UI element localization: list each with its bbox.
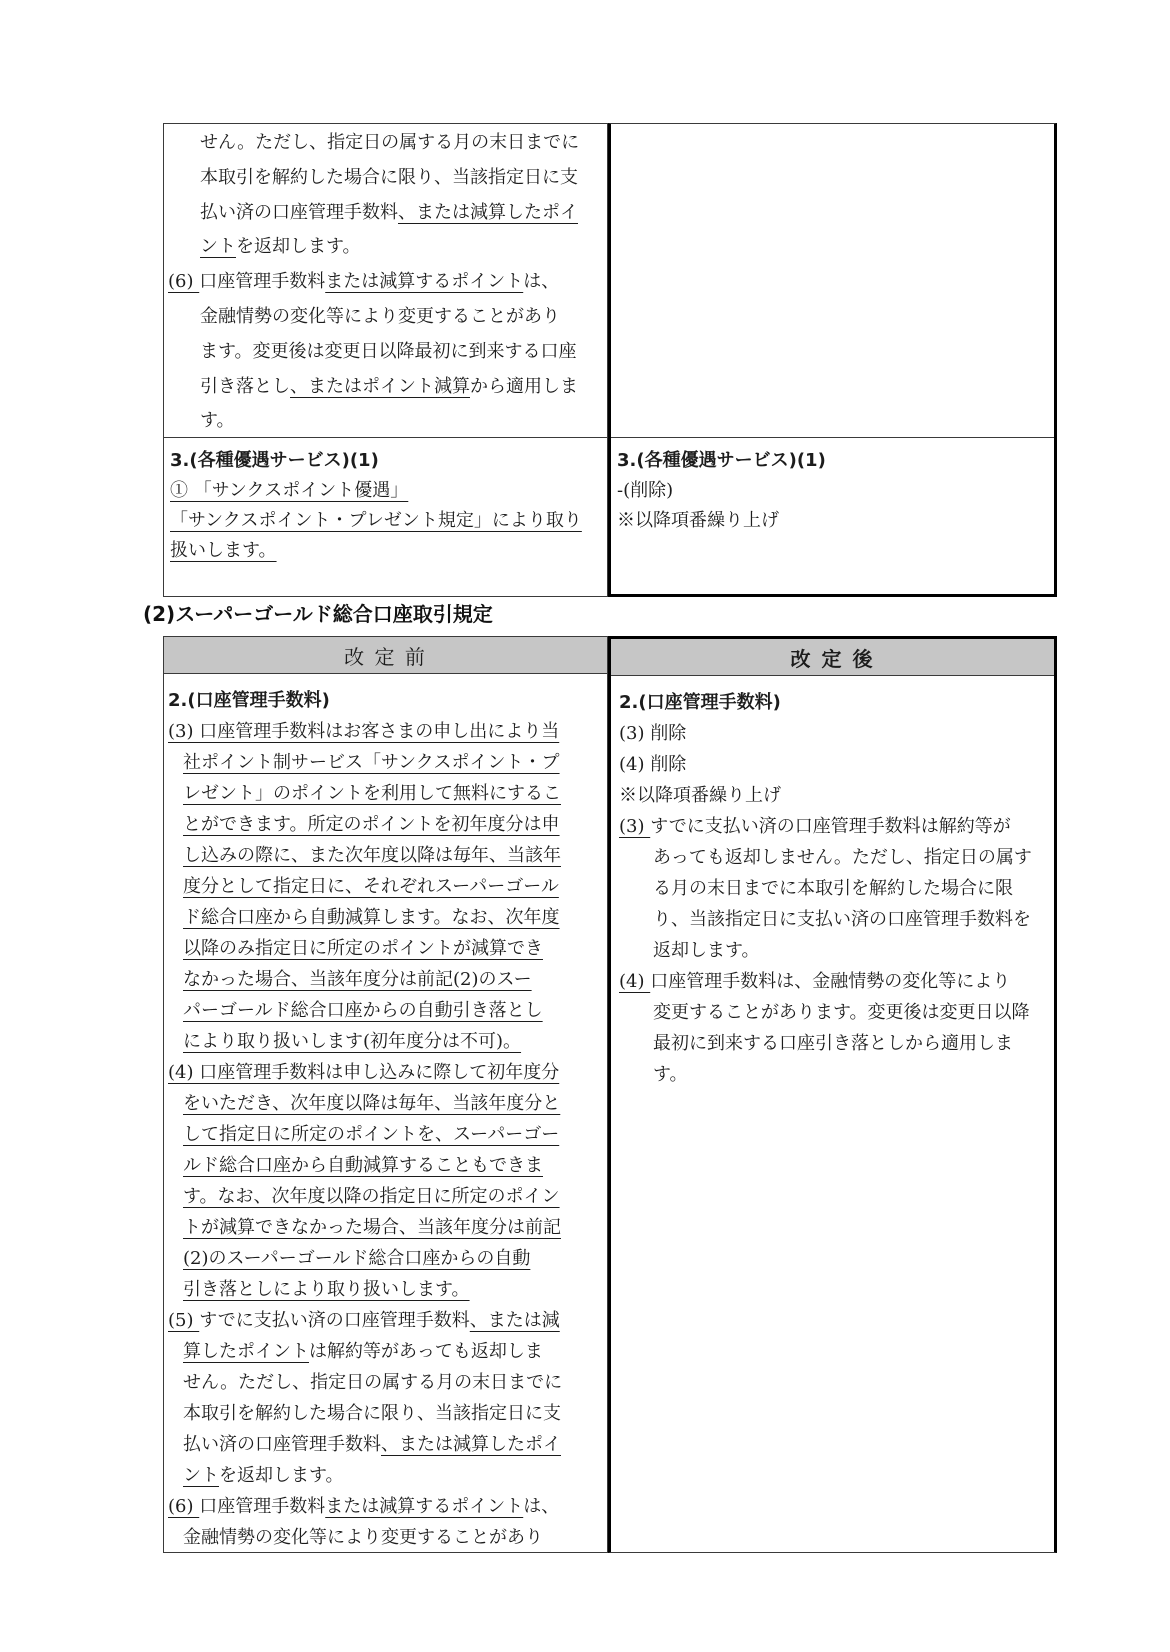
revised-text-segment: ド総合口座から自動減算します。なお、次年度 (183, 907, 560, 928)
text-segment: すでに支払い済の口座管理手数料 (199, 1310, 470, 1331)
text-line: 返却します。 (653, 935, 1048, 966)
text-line: 算したポイントは解約等があっても返却しま (183, 1336, 601, 1367)
table1-row1-after-cell (611, 124, 1054, 438)
table1-row2-after-cell: 3.(各種優遇サービス)(1)-(削除)※以降項番繰り上げ (611, 438, 1054, 536)
text-segment: は、 (523, 1496, 559, 1517)
text-line: (3) すでに支払い済の口座管理手数料は解約等が (619, 811, 1048, 842)
text-line: (2)のスーパーゴールド総合口座からの自動 (183, 1243, 601, 1274)
text-segment: ※以降項番繰り上げ (619, 785, 781, 806)
text-line: す。 (653, 1059, 1048, 1090)
section-heading: (2)スーパーゴールド総合口座取引規定 (143, 597, 493, 631)
revised-text-segment: (2)のスーパーゴールド総合口座からの自動 (183, 1248, 530, 1269)
table2-before-header: 改 定 前 (164, 637, 607, 674)
revised-text-segment: (6) (168, 271, 199, 292)
text-line: ルド総合口座から自動減算することもできま (183, 1150, 601, 1181)
revised-text-segment: す。なお、次年度以降の指定日に所定のポイン (183, 1186, 560, 1207)
revised-text-segment: (5) (168, 1310, 199, 1331)
text-line: 金融情勢の変化等により変更することがあり (200, 300, 603, 335)
text-segment: (4) 削除 (619, 754, 686, 775)
table1-row1-before-cell: せん。ただし、指定日の属する月の末日までに本取引を解約した場合に限り、当該指定日… (164, 124, 607, 438)
revised-text-segment: 社ポイント制サービス「サンクスポイント・プ (183, 752, 560, 773)
text-segment: 返却します。 (653, 940, 760, 961)
text-segment: 口座管理手数料 (199, 1496, 325, 1517)
comparison-table-1: せん。ただし、指定日の属する月の末日までに本取引を解約した場合に限り、当該指定日… (163, 123, 1057, 597)
text-line: 社ポイント制サービス「サンクスポイント・プ (183, 747, 601, 778)
text-segment: 2.(口座管理手数料) (619, 692, 781, 713)
text-line: とができます。所定のポイントを初年度分は申 (183, 809, 601, 840)
revised-text-segment: または減算するポイント (325, 271, 523, 292)
table1-before-column: せん。ただし、指定日の属する月の末日までに本取引を解約した場合に限り、当該指定日… (163, 123, 608, 597)
text-segment: 払い済の口座管理手数料 (200, 202, 398, 223)
text-line: ントを返却します。 (183, 1460, 601, 1491)
clause-heading-line: 3.(各種優遇サービス)(1) (170, 446, 601, 476)
revised-text-segment: 算したポイント (183, 1341, 309, 1362)
text-line: 「サンクスポイント・プレゼント規定」により取り (170, 506, 601, 536)
text-segment: 払い済の口座管理手数料 (183, 1434, 381, 1455)
revised-text-segment: (6) (168, 1496, 199, 1517)
revised-text-segment: ント (200, 236, 236, 257)
text-segment: あっても返却しません。ただし、指定日の属す (653, 847, 1032, 868)
text-line: 本取引を解約した場合に限り、当該指定日に支 (183, 1398, 601, 1429)
revised-text-segment: トが減算できなかった場合、当該年度分は前記 (183, 1217, 561, 1238)
text-segment: 3.(各種優遇サービス)(1) (170, 450, 379, 471)
revised-text-segment: (3) (619, 816, 650, 837)
revised-text-segment: 以降のみ指定日に所定のポイントが減算でき (183, 938, 543, 959)
text-line: 払い済の口座管理手数料、または減算したポイ (200, 196, 603, 231)
text-line: 本取引を解約した場合に限り、当該指定日に支 (200, 161, 603, 196)
text-line: 最初に到来する口座引き落としから適用しま (653, 1028, 1048, 1059)
revised-text-segment: し込みの際に、また次年度以降は毎年、当該年 (183, 845, 561, 866)
table2-after-cell: 2.(口座管理手数料)(3) 削除(4) 削除※以降項番繰り上げ(3) すでに支… (611, 676, 1054, 1090)
text-segment: 3.(各種優遇サービス)(1) (617, 450, 826, 471)
comparison-table-2: 改 定 前 2.(口座管理手数料)(3) 口座管理手数料はお客さまの申し出により… (163, 636, 1057, 1553)
text-segment: 金融情勢の変化等により変更することがあり (200, 306, 560, 327)
text-segment: は、 (523, 271, 559, 292)
revised-text-segment: して指定日に所定のポイントを、スーパーゴー (183, 1124, 559, 1145)
text-line: 引き落としにより取り扱いします。 (183, 1274, 601, 1305)
text-line: (3) 削除 (619, 718, 1048, 749)
text-segment: る月の末日までに本取引を解約した場合に限 (653, 878, 1013, 899)
text-line: 変更することがあります。変更後は変更日以降 (653, 997, 1048, 1028)
text-line: す。 (200, 404, 603, 439)
revised-text-segment: とができます。所定のポイントを初年度分は申 (183, 814, 560, 835)
text-line: 払い済の口座管理手数料、または減算したポイ (183, 1429, 601, 1460)
text-segment: 変更することがあります。変更後は変更日以降 (653, 1002, 1030, 1023)
text-line: をいただき、次年度以降は毎年、当該年度分と (183, 1088, 601, 1119)
text-line: せん。ただし、指定日の属する月の末日までに (200, 126, 603, 161)
text-line: (5) すでに支払い済の口座管理手数料、または減 (168, 1305, 601, 1336)
text-segment: すでに支払い済の口座管理手数料は解約等が (650, 816, 1011, 837)
text-segment: 口座管理手数料は、金融情勢の変化等により (650, 971, 1010, 992)
text-segment: せん。ただし、指定日の属する月の末日までに (183, 1372, 562, 1393)
text-line: る月の末日までに本取引を解約した場合に限 (653, 873, 1048, 904)
text-line: ※以降項番繰り上げ (619, 780, 1048, 811)
text-line: せん。ただし、指定日の属する月の末日までに (183, 1367, 601, 1398)
text-line: なかった場合、当該年度分は前記(2)のスー (183, 964, 601, 995)
text-line: 度分として指定日に、それぞれスーパーゴール (183, 871, 601, 902)
text-line: (4) 削除 (619, 749, 1048, 780)
text-segment: り、当該指定日に支払い済の口座管理手数料を (653, 909, 1031, 930)
text-segment: す。 (653, 1064, 688, 1085)
table2-after-column: 改 定 後 2.(口座管理手数料)(3) 削除(4) 削除※以降項番繰り上げ(3… (608, 636, 1057, 1553)
table1-row2-before-cell: 3.(各種優遇サービス)(1)① 「サンクスポイント優遇」「サンクスポイント・プ… (164, 438, 607, 566)
text-segment: 最初に到来する口座引き落としから適用しま (653, 1033, 1013, 1054)
text-line: して指定日に所定のポイントを、スーパーゴー (183, 1119, 601, 1150)
text-line: (4) 口座管理手数料は申し込みに際して初年度分 (168, 1057, 601, 1088)
text-line: ます。変更後は変更日以降最初に到来する口座 (200, 335, 603, 370)
text-line: 金融情勢の変化等により変更することがあり (183, 1522, 601, 1553)
document-page: せん。ただし、指定日の属する月の末日までに本取引を解約した場合に限り、当該指定日… (0, 0, 1170, 1652)
text-segment: 本取引を解約した場合に限り、当該指定日に支 (200, 167, 578, 188)
text-segment: ※以降項番繰り上げ (617, 510, 779, 531)
text-line: あっても返却しません。ただし、指定日の属す (653, 842, 1048, 873)
text-line: -(削除) (617, 476, 1048, 506)
text-line: (6) 口座管理手数料または減算するポイントは、 (168, 1491, 601, 1522)
text-line: (6) 口座管理手数料または減算するポイントは、 (168, 265, 603, 300)
text-segment: -(削除) (617, 480, 673, 501)
text-line: ※以降項番繰り上げ (617, 506, 1048, 536)
table2-before-cell: 2.(口座管理手数料)(3) 口座管理手数料はお客さまの申し出により当社ポイント… (164, 674, 607, 1553)
text-segment: す。 (200, 410, 235, 431)
text-line: (4) 口座管理手数料は、金融情勢の変化等により (619, 966, 1048, 997)
clause-heading-line: 2.(口座管理手数料) (168, 685, 601, 716)
revised-text-segment: または減算するポイント (325, 1496, 523, 1517)
text-segment: 2.(口座管理手数料) (168, 690, 330, 711)
text-line: (3) 口座管理手数料はお客さまの申し出により当 (168, 716, 601, 747)
revised-text-segment: パーゴールド総合口座からの自動引き落とし (183, 1000, 543, 1021)
text-line: ド総合口座から自動減算します。なお、次年度 (183, 902, 601, 933)
text-segment: せん。ただし、指定日の属する月の末日までに (200, 132, 579, 153)
text-segment: 口座管理手数料 (199, 271, 325, 292)
text-line: パーゴールド総合口座からの自動引き落とし (183, 995, 601, 1026)
text-line: により取り扱いします(初年度分は不可)。 (183, 1026, 601, 1057)
revised-text-segment: 度分として指定日に、それぞれスーパーゴール (183, 876, 559, 897)
revised-text-segment: をいただき、次年度以降は毎年、当該年度分と (183, 1093, 560, 1114)
revised-text-segment: なかった場合、当該年度分は前記(2)のスー (183, 969, 532, 990)
text-segment: を返却します。 (219, 1465, 344, 1486)
text-segment: (3) 削除 (619, 723, 686, 744)
text-segment: は解約等があっても返却しま (309, 1341, 543, 1362)
clause-heading-line: 2.(口座管理手数料) (619, 687, 1048, 718)
text-segment: 本取引を解約した場合に限り、当該指定日に支 (183, 1403, 561, 1424)
revised-text-segment: 「サンクスポイント・プレゼント規定」により取り (170, 510, 582, 531)
revised-text-segment: により取り扱いします(初年度分は不可)。 (183, 1031, 521, 1052)
revised-text-segment: 引き落としにより取り扱いします。 (183, 1279, 470, 1300)
revised-text-segment: (4) (619, 971, 650, 992)
table2-after-header: 改 定 後 (611, 639, 1054, 676)
text-line: 扱いします。 (170, 536, 601, 566)
text-line: 以降のみ指定日に所定のポイントが減算でき (183, 933, 601, 964)
text-segment: を返却します。 (236, 236, 361, 257)
text-line: し込みの際に、また次年度以降は毎年、当該年 (183, 840, 601, 871)
revised-text-segment: (4) 口座管理手数料は申し込みに際して初年度分 (168, 1062, 559, 1083)
text-segment: ます。変更後は変更日以降最初に到来する口座 (200, 341, 577, 362)
table1-after-column: 3.(各種優遇サービス)(1)-(削除)※以降項番繰り上げ (608, 123, 1057, 597)
revised-text-segment: 、または減 (470, 1310, 560, 1331)
text-line: ントを返却します。 (200, 230, 603, 265)
revised-text-segment: ① 「サンクスポイント優遇」 (170, 480, 408, 501)
text-line: レゼント」のポイントを利用して無料にするこ (183, 778, 601, 809)
table2-before-column: 改 定 前 2.(口座管理手数料)(3) 口座管理手数料はお客さまの申し出により… (163, 636, 608, 1553)
revised-text-segment: レゼント」のポイントを利用して無料にするこ (183, 783, 561, 804)
text-line: り、当該指定日に支払い済の口座管理手数料を (653, 904, 1048, 935)
text-line: トが減算できなかった場合、当該年度分は前記 (183, 1212, 601, 1243)
revised-text-segment: ルド総合口座から自動減算することもできま (183, 1155, 543, 1176)
clause-heading-line: 3.(各種優遇サービス)(1) (617, 446, 1048, 476)
revised-text-segment: 扱いします。 (170, 540, 277, 561)
text-line: す。なお、次年度以降の指定日に所定のポイン (183, 1181, 601, 1212)
text-segment: 金融情勢の変化等により変更することがあり (183, 1527, 543, 1548)
revised-text-segment: 、または減算したポイ (381, 1434, 561, 1455)
revised-text-segment: 、またはポイント減算 (290, 376, 470, 397)
text-segment: から適用しま (470, 376, 578, 397)
text-line: 引き落とし、またはポイント減算から適用しま (200, 370, 603, 405)
revised-text-segment: 、または減算したポイ (398, 202, 578, 223)
text-line: ① 「サンクスポイント優遇」 (170, 476, 601, 506)
revised-text-segment: (3) 口座管理手数料はお客さまの申し出により当 (168, 721, 559, 742)
revised-text-segment: ント (183, 1465, 219, 1486)
text-segment: 引き落とし (200, 376, 290, 397)
